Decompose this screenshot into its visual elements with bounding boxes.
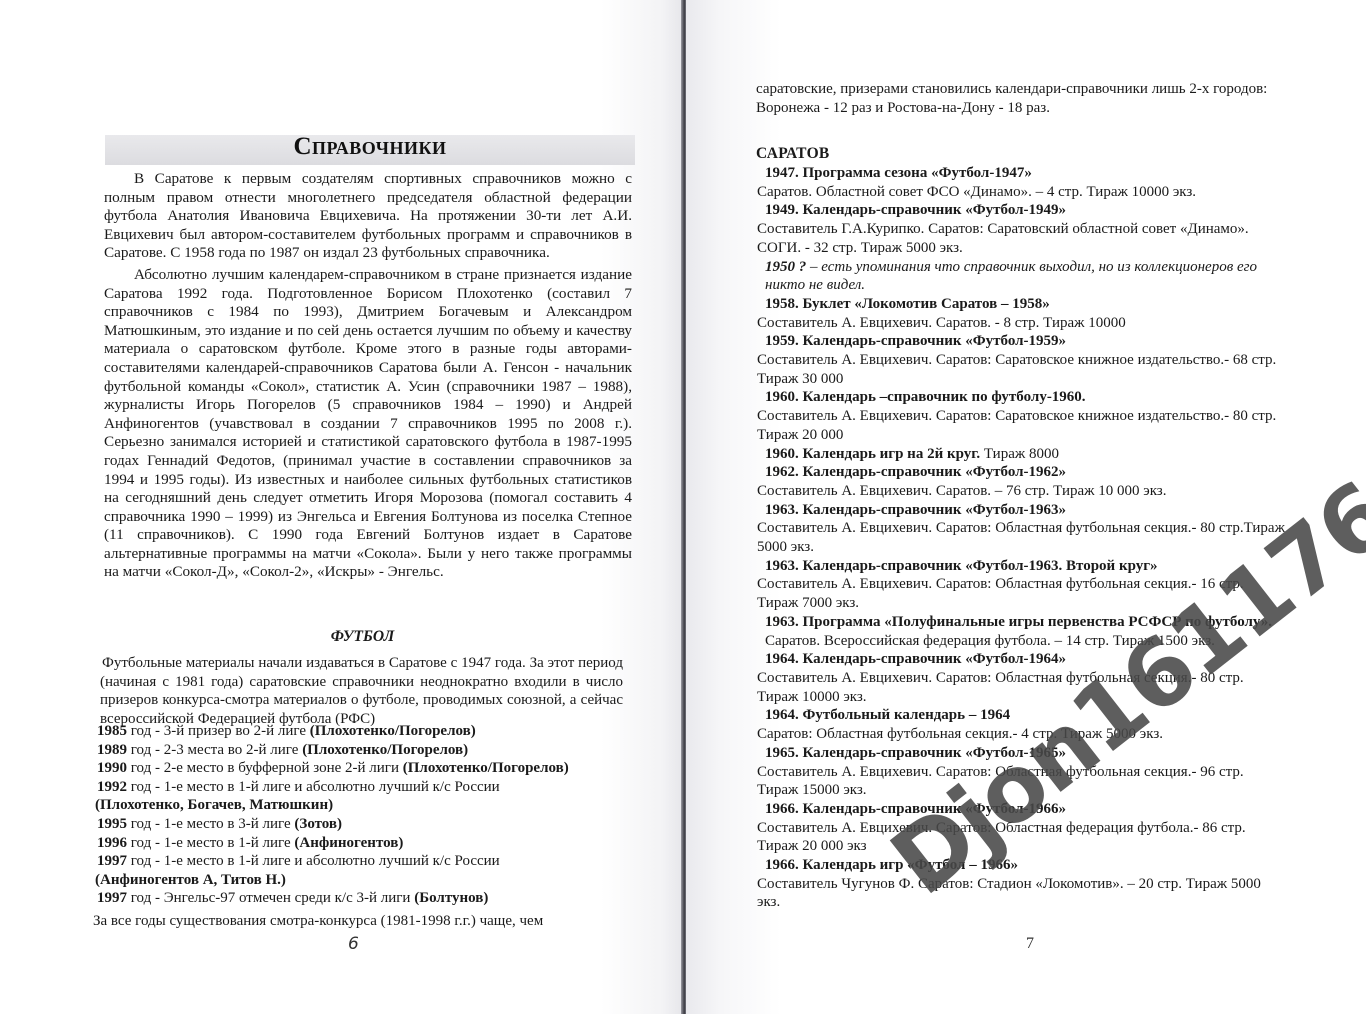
entry-title: 1964. Календарь-справочник «Футбол-1964» <box>757 650 1287 669</box>
entry-title-text: 1959. Календарь-справочник «Футбол-1959» <box>765 333 1066 349</box>
entry-title: 1966. Календарь игр «Футбол – 1966» <box>757 856 1287 875</box>
entry-title-text: 1958. Буклет «Локомотив Саратов – 1958» <box>765 296 1050 312</box>
award-row: 1995 год - 1-е место в 3-й лиге (Зотов) <box>97 815 637 834</box>
entry-title-suffix: Тираж 8000 <box>980 446 1059 462</box>
entry-title: 1963. Календарь-справочник «Футбол-1963» <box>757 501 1287 520</box>
catalog-entry: 1958. Буклет «Локомотив Саратов – 1958»С… <box>757 295 1287 332</box>
award-text: год - Энгельс-97 отмечен среди к/с 3-й л… <box>127 890 414 906</box>
catalog-entry: 1966. Календарь игр «Футбол – 1966»Соста… <box>757 856 1287 912</box>
entry-title-suffix: Саратов. Всероссийская федерация футбола… <box>765 633 1215 649</box>
catalog-entry: 1964. Календарь-справочник «Футбол-1964»… <box>757 650 1287 706</box>
award-authors-row: (Анфиногентов А, Титов Н.) <box>95 871 637 890</box>
award-authors: (Плохотенко/Погорелов) <box>403 760 569 776</box>
awards-list: 1985 год - 3-й призер во 2-й лиге (Плохо… <box>97 722 637 908</box>
continuation-text: саратовские, призерами становились кален… <box>756 80 1276 118</box>
entry-title-text: 1965. Календарь-справочник «Футбол-1965» <box>765 745 1066 761</box>
intro-text: В Саратове к первым создателям спортивны… <box>104 170 632 582</box>
entry-description: Составитель А. Евцихевич. Саратов: Облас… <box>757 519 1287 556</box>
catalog-entry: 1950 ? – есть упоминания что справочник … <box>757 258 1287 295</box>
entry-description: Составитель Г.А.Курипко. Саратов: Сарато… <box>757 220 1287 257</box>
entry-title-text: 1949. Календарь-справочник «Футбол-1949» <box>765 202 1066 218</box>
entry-title: 1949. Календарь-справочник «Футбол-1949» <box>757 201 1287 220</box>
entry-description: Составитель А. Евцихевич. Саратов: Облас… <box>757 819 1287 856</box>
intro-paragraph-1: В Саратове к первым создателям спортивны… <box>104 170 632 263</box>
football-intro-paragraph: Футбольные материалы начали издаваться в… <box>100 654 623 728</box>
entry-title: 1966. Календарь-справочник «Футбол-1966» <box>757 800 1287 819</box>
catalog-entry: 1963. Календарь-справочник «Футбол-1963»… <box>757 501 1287 557</box>
closing-line: За все годы существования смотра-конкурс… <box>93 912 638 931</box>
entry-description: Составитель А. Евцихевич. Саратов. – 76 … <box>757 482 1287 501</box>
award-year: 1989 <box>97 742 127 758</box>
entry-title-text: 1963. Программа «Полуфинальные игры перв… <box>765 614 1272 630</box>
intro-paragraph-2: Абсолютно лучшим календарем-справочником… <box>104 266 632 582</box>
award-text: год - 1-е место в 1-й лиге <box>127 835 294 851</box>
catalog-entries: 1947. Программа сезона «Футбол-1947»Сара… <box>757 164 1287 912</box>
award-text: год - 1-е место в 3-й лиге <box>127 816 294 832</box>
entry-title: 1965. Календарь-справочник «Футбол-1965» <box>757 744 1287 763</box>
entry-description: Саратов. Областной совет ФСО «Динамо». –… <box>757 183 1287 202</box>
catalog-entry: 1947. Программа сезона «Футбол-1947»Сара… <box>757 164 1287 201</box>
entry-title-text: 1963. Календарь-справочник «Футбол-1963» <box>765 502 1066 518</box>
entry-title-text: 1963. Календарь-справочник «Футбол-1963.… <box>765 558 1158 574</box>
award-row: 1997 год - Энгельс-97 отмечен среди к/с … <box>97 889 637 908</box>
award-text: год - 1-е место в 1-й лиге и абсолютно л… <box>127 779 500 795</box>
entry-title-suffix: – есть упоминания что справочник выходил… <box>765 259 1257 294</box>
catalog-entry: 1962. Календарь-справочник «Футбол-1962»… <box>757 463 1287 500</box>
catalog-entry: 1966. Календарь-справочник «Футбол-1966»… <box>757 800 1287 856</box>
entry-title: 1958. Буклет «Локомотив Саратов – 1958» <box>757 295 1287 314</box>
entry-title: 1960. Календарь –справочник по футболу-1… <box>757 388 1287 407</box>
award-row: 1990 год - 2-е место в буфферной зоне 2-… <box>97 759 637 778</box>
award-authors-row: (Плохотенко, Богачев, Матюшкин) <box>95 796 637 815</box>
entry-title: 1959. Календарь-справочник «Футбол-1959» <box>757 332 1287 351</box>
award-text: год - 1-е место в 1-й лиге и абсолютно л… <box>127 853 500 869</box>
entry-title-text: 1966. Календарь-справочник «Футбол-1966» <box>765 801 1066 817</box>
book-spread: Справочники В Саратове к первым создател… <box>0 0 1366 1014</box>
award-year: 1997 <box>97 853 127 869</box>
football-intro: Футбольные материалы начали издаваться в… <box>100 654 623 728</box>
entry-title-text: 1950 ? <box>765 259 806 275</box>
award-authors: (Анфиногентов А, Титов Н.) <box>95 872 286 888</box>
award-year: 1996 <box>97 835 127 851</box>
catalog-entry: 1964. Футбольный календарь – 1964Саратов… <box>757 706 1287 743</box>
award-authors: (Болтунов) <box>414 890 488 906</box>
entry-title-text: 1960. Календарь –справочник по футболу-1… <box>765 389 1086 405</box>
award-row: 1985 год - 3-й призер во 2-й лиге (Плохо… <box>97 722 637 741</box>
award-authors: (Плохотенко/Погорелов) <box>310 723 476 739</box>
entry-title: 1960. Календарь игр на 2й круг. Тираж 80… <box>757 445 1287 464</box>
entry-title-text: 1962. Календарь-справочник «Футбол-1962» <box>765 464 1066 480</box>
entry-title: 1950 ? – есть упоминания что справочник … <box>757 258 1287 295</box>
entry-title: 1947. Программа сезона «Футбол-1947» <box>757 164 1287 183</box>
award-year: 1990 <box>97 760 127 776</box>
catalog-entry: 1965. Календарь-справочник «Футбол-1965»… <box>757 744 1287 800</box>
entry-title-text: 1966. Календарь игр «Футбол – 1966» <box>765 857 1018 873</box>
award-text: год - 3-й призер во 2-й лиге <box>127 723 310 739</box>
catalog-entry: 1960. Календарь –справочник по футболу-1… <box>757 388 1287 444</box>
entry-description: Составитель А. Евцихевич. Саратов: Сарат… <box>757 351 1287 388</box>
award-row: 1992 год - 1-е место в 1-й лиге и абсолю… <box>97 778 637 797</box>
entry-title: 1964. Футбольный календарь – 1964 <box>757 706 1287 725</box>
entry-title: 1963. Календарь-справочник «Футбол-1963.… <box>757 557 1287 576</box>
award-row: 1989 год - 2-3 места во 2-й лиге (Плохот… <box>97 741 637 760</box>
catalog-entry: 1949. Календарь-справочник «Футбол-1949»… <box>757 201 1287 257</box>
entry-title-text: 1964. Календарь-справочник «Футбол-1964» <box>765 651 1066 667</box>
page-number-right: 7 <box>1026 935 1034 953</box>
entry-description: Составитель А. Евцихевич. Саратов: Сарат… <box>757 407 1287 444</box>
catalog-entry: 1963. Календарь-справочник «Футбол-1963.… <box>757 557 1287 613</box>
entry-description: Составитель А. Евцихевич. Саратов: Облас… <box>757 575 1287 612</box>
catalog-entry: 1959. Календарь-справочник «Футбол-1959»… <box>757 332 1287 388</box>
page-title: Справочники <box>105 133 635 161</box>
award-authors: (Плохотенко, Богачев, Матюшкин) <box>95 797 333 813</box>
award-text: год - 2-3 места во 2-й лиге <box>127 742 302 758</box>
entry-title-text: 1947. Программа сезона «Футбол-1947» <box>765 165 1032 181</box>
entry-title: 1962. Календарь-справочник «Футбол-1962» <box>757 463 1287 482</box>
section-heading-saratov: САРАТОВ <box>756 145 830 163</box>
entry-title-text: 1960. Календарь игр на 2й круг. <box>765 446 980 462</box>
entry-title: 1963. Программа «Полуфинальные игры перв… <box>757 613 1287 650</box>
entry-description: Составитель А. Евцихевич. Саратов: Облас… <box>757 669 1287 706</box>
award-authors: (Плохотенко/Погорелов) <box>302 742 468 758</box>
award-row: 1997 год - 1-е место в 1-й лиге и абсолю… <box>97 852 637 871</box>
award-year: 1997 <box>97 890 127 906</box>
catalog-entry: 1963. Программа «Полуфинальные игры перв… <box>757 613 1287 650</box>
catalog-entry: 1960. Календарь игр на 2й круг. Тираж 80… <box>757 445 1287 464</box>
entry-description: Составитель А. Евцихевич. Саратов: Облас… <box>757 763 1287 800</box>
award-authors: (Зотов) <box>294 816 342 832</box>
award-authors: (Анфиногентов) <box>294 835 403 851</box>
award-year: 1995 <box>97 816 127 832</box>
entry-title-text: 1964. Футбольный календарь – 1964 <box>765 707 1010 723</box>
page-number-left: 6 <box>348 934 359 954</box>
award-row: 1996 год - 1-е место в 1-й лиге (Анфиног… <box>97 834 637 853</box>
entry-description: Саратов: Областная футбольная секция.- 4… <box>757 725 1287 744</box>
award-year: 1985 <box>97 723 127 739</box>
entry-description: Составитель А. Евцихевич. Саратов. - 8 с… <box>757 314 1287 333</box>
entry-description: Составитель Чугунов Ф. Саратов: Стадион … <box>757 875 1287 912</box>
award-text: год - 2-е место в буфферной зоне 2-й лиг… <box>127 760 403 776</box>
section-heading-football: ФУТБОЛ <box>90 628 635 646</box>
award-year: 1992 <box>97 779 127 795</box>
